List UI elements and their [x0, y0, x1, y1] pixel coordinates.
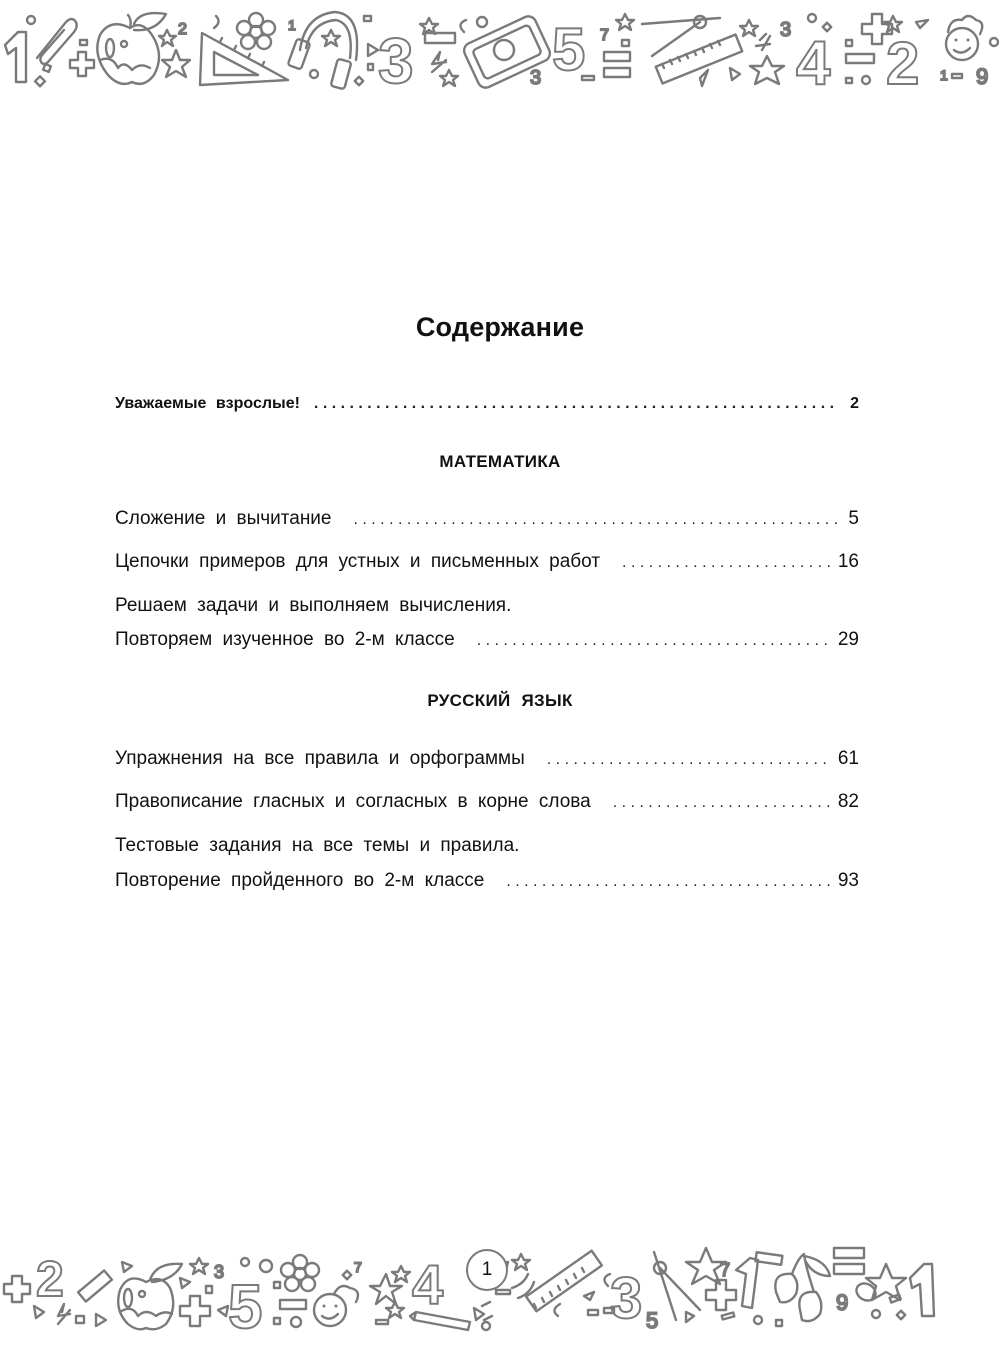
- number-5-icon: 5: [228, 1273, 262, 1342]
- svg-text:3: 3: [378, 25, 414, 97]
- svg-text:4: 4: [412, 1253, 443, 1316]
- apple-icon: [118, 1264, 182, 1330]
- svg-text:5: 5: [228, 1273, 262, 1342]
- dot-leader: [506, 873, 832, 891]
- paperclip-icon: [37, 19, 77, 64]
- svg-text:9: 9: [836, 1290, 848, 1315]
- toc-entry-label: Повторяем изученное во 2-м классе: [115, 629, 455, 651]
- number-3-icon: 3: [610, 1266, 642, 1331]
- toc-page-number: 5: [848, 508, 859, 530]
- page-number-badge: 1: [466, 1249, 508, 1291]
- dot-leader: [354, 511, 843, 529]
- eraser-icon: [78, 1270, 112, 1301]
- svg-text:9: 9: [976, 64, 988, 89]
- toc-page-number: 2: [850, 395, 859, 413]
- dot-leader: [477, 632, 832, 650]
- flower-icon: [281, 1255, 319, 1291]
- toc-entry-label: Цепочки примеров для устных и письменных…: [115, 551, 600, 573]
- toc-entry-label: Сложение и вычитание: [115, 508, 332, 530]
- plus-icon: [4, 1276, 30, 1302]
- ruler-icon: [656, 35, 742, 84]
- divide-icon: [846, 40, 874, 84]
- equals-icon: [604, 52, 630, 77]
- svg-text:5: 5: [646, 1308, 658, 1333]
- toc-entry[interactable]: Повторяем изученное во 2-м классе 29: [115, 629, 859, 651]
- number-4-icon: 4: [796, 29, 831, 98]
- svg-text:2: 2: [36, 1251, 64, 1307]
- toc-entry[interactable]: Сложение и вычитание 5: [115, 508, 859, 530]
- equals-icon: [834, 1248, 864, 1274]
- plus-icon: [70, 52, 94, 76]
- toc-page-number: 16: [838, 551, 859, 573]
- toc-page-number: 82: [838, 791, 859, 813]
- toc-entry-label: Упражнения на все правила и орфограммы: [115, 748, 525, 770]
- bottom-decorative-border: 2 3 5: [0, 1232, 1000, 1349]
- toc-entry[interactable]: Упражнения на все правила и орфограммы 6…: [115, 748, 859, 770]
- minus-icon: [425, 33, 455, 43]
- toc-entry[interactable]: Цепочки примеров для устных и письменных…: [115, 551, 859, 573]
- number-1-icon: [736, 1258, 758, 1308]
- svg-text:5: 5: [552, 16, 585, 83]
- svg-text:3: 3: [610, 1266, 642, 1331]
- svg-text:3: 3: [530, 67, 541, 89]
- toc-page-number: 93: [838, 870, 859, 892]
- toc-entry-label: Повторение пройденного во 2-м классе: [115, 870, 484, 892]
- star-icon: [162, 50, 190, 77]
- toc-page-number: 61: [838, 748, 859, 770]
- svg-text:7: 7: [720, 1260, 730, 1280]
- svg-text:3: 3: [214, 1262, 224, 1282]
- plus-icon: [180, 1296, 210, 1326]
- toc-entry-line[interactable]: Тестовые задания на все темы и правила.: [115, 835, 519, 857]
- kid-face-icon: [946, 16, 982, 60]
- svg-text:7: 7: [600, 27, 609, 44]
- number-1-icon: [5, 32, 26, 82]
- ruler-icon: [526, 1251, 602, 1312]
- toc-entry-label: Уважаемые взрослые!: [115, 395, 300, 413]
- number-2-icon: 2: [36, 1251, 64, 1307]
- number-1-icon: [910, 1264, 934, 1316]
- svg-text:7: 7: [354, 1259, 362, 1275]
- dot-leader: [314, 395, 838, 413]
- headphones-icon: [288, 12, 357, 89]
- svg-text:2: 2: [178, 21, 187, 38]
- top-decorative-border: 2 1 3: [0, 0, 1000, 110]
- toc-entry-line[interactable]: Решаем задачи и выполняем вычисления.: [115, 595, 511, 617]
- page-title: Содержание: [0, 312, 1000, 343]
- flower-icon: [237, 13, 275, 49]
- apple-icon: [97, 13, 166, 84]
- toc-page-number: 29: [838, 629, 859, 651]
- compass-icon: [642, 16, 720, 56]
- svg-text:1: 1: [288, 17, 296, 33]
- dot-leader: [622, 554, 832, 572]
- dot-leader: [613, 794, 832, 812]
- svg-text:3: 3: [780, 19, 791, 41]
- toc-entry-intro[interactable]: Уважаемые взрослые! 2: [115, 395, 859, 413]
- dot-leader: [547, 751, 832, 769]
- star-icon: [750, 56, 784, 84]
- number-5-icon: 5: [552, 16, 585, 83]
- page-number: 1: [482, 1259, 493, 1281]
- toc-entry-label: Правописание гласных и согласных в корне…: [115, 791, 591, 813]
- number-2-icon: 2: [886, 30, 919, 97]
- svg-text:4: 4: [796, 29, 831, 98]
- section-heading-russian: РУССКИЙ ЯЗЫК: [0, 691, 1000, 711]
- svg-text:2: 2: [886, 30, 919, 97]
- number-3-icon: 3: [378, 25, 414, 97]
- cherries-icon: [775, 1254, 830, 1321]
- triangle-ruler-icon: [200, 33, 288, 85]
- section-heading-math: МАТЕМАТИКА: [0, 452, 1000, 472]
- toc-entry[interactable]: Повторение пройденного во 2-м классе 93: [115, 870, 859, 892]
- number-4-icon: 4: [412, 1253, 443, 1316]
- toc-entry[interactable]: Правописание гласных и согласных в корне…: [115, 791, 859, 813]
- svg-text:1: 1: [940, 67, 948, 83]
- kid-face-icon: [314, 1286, 358, 1326]
